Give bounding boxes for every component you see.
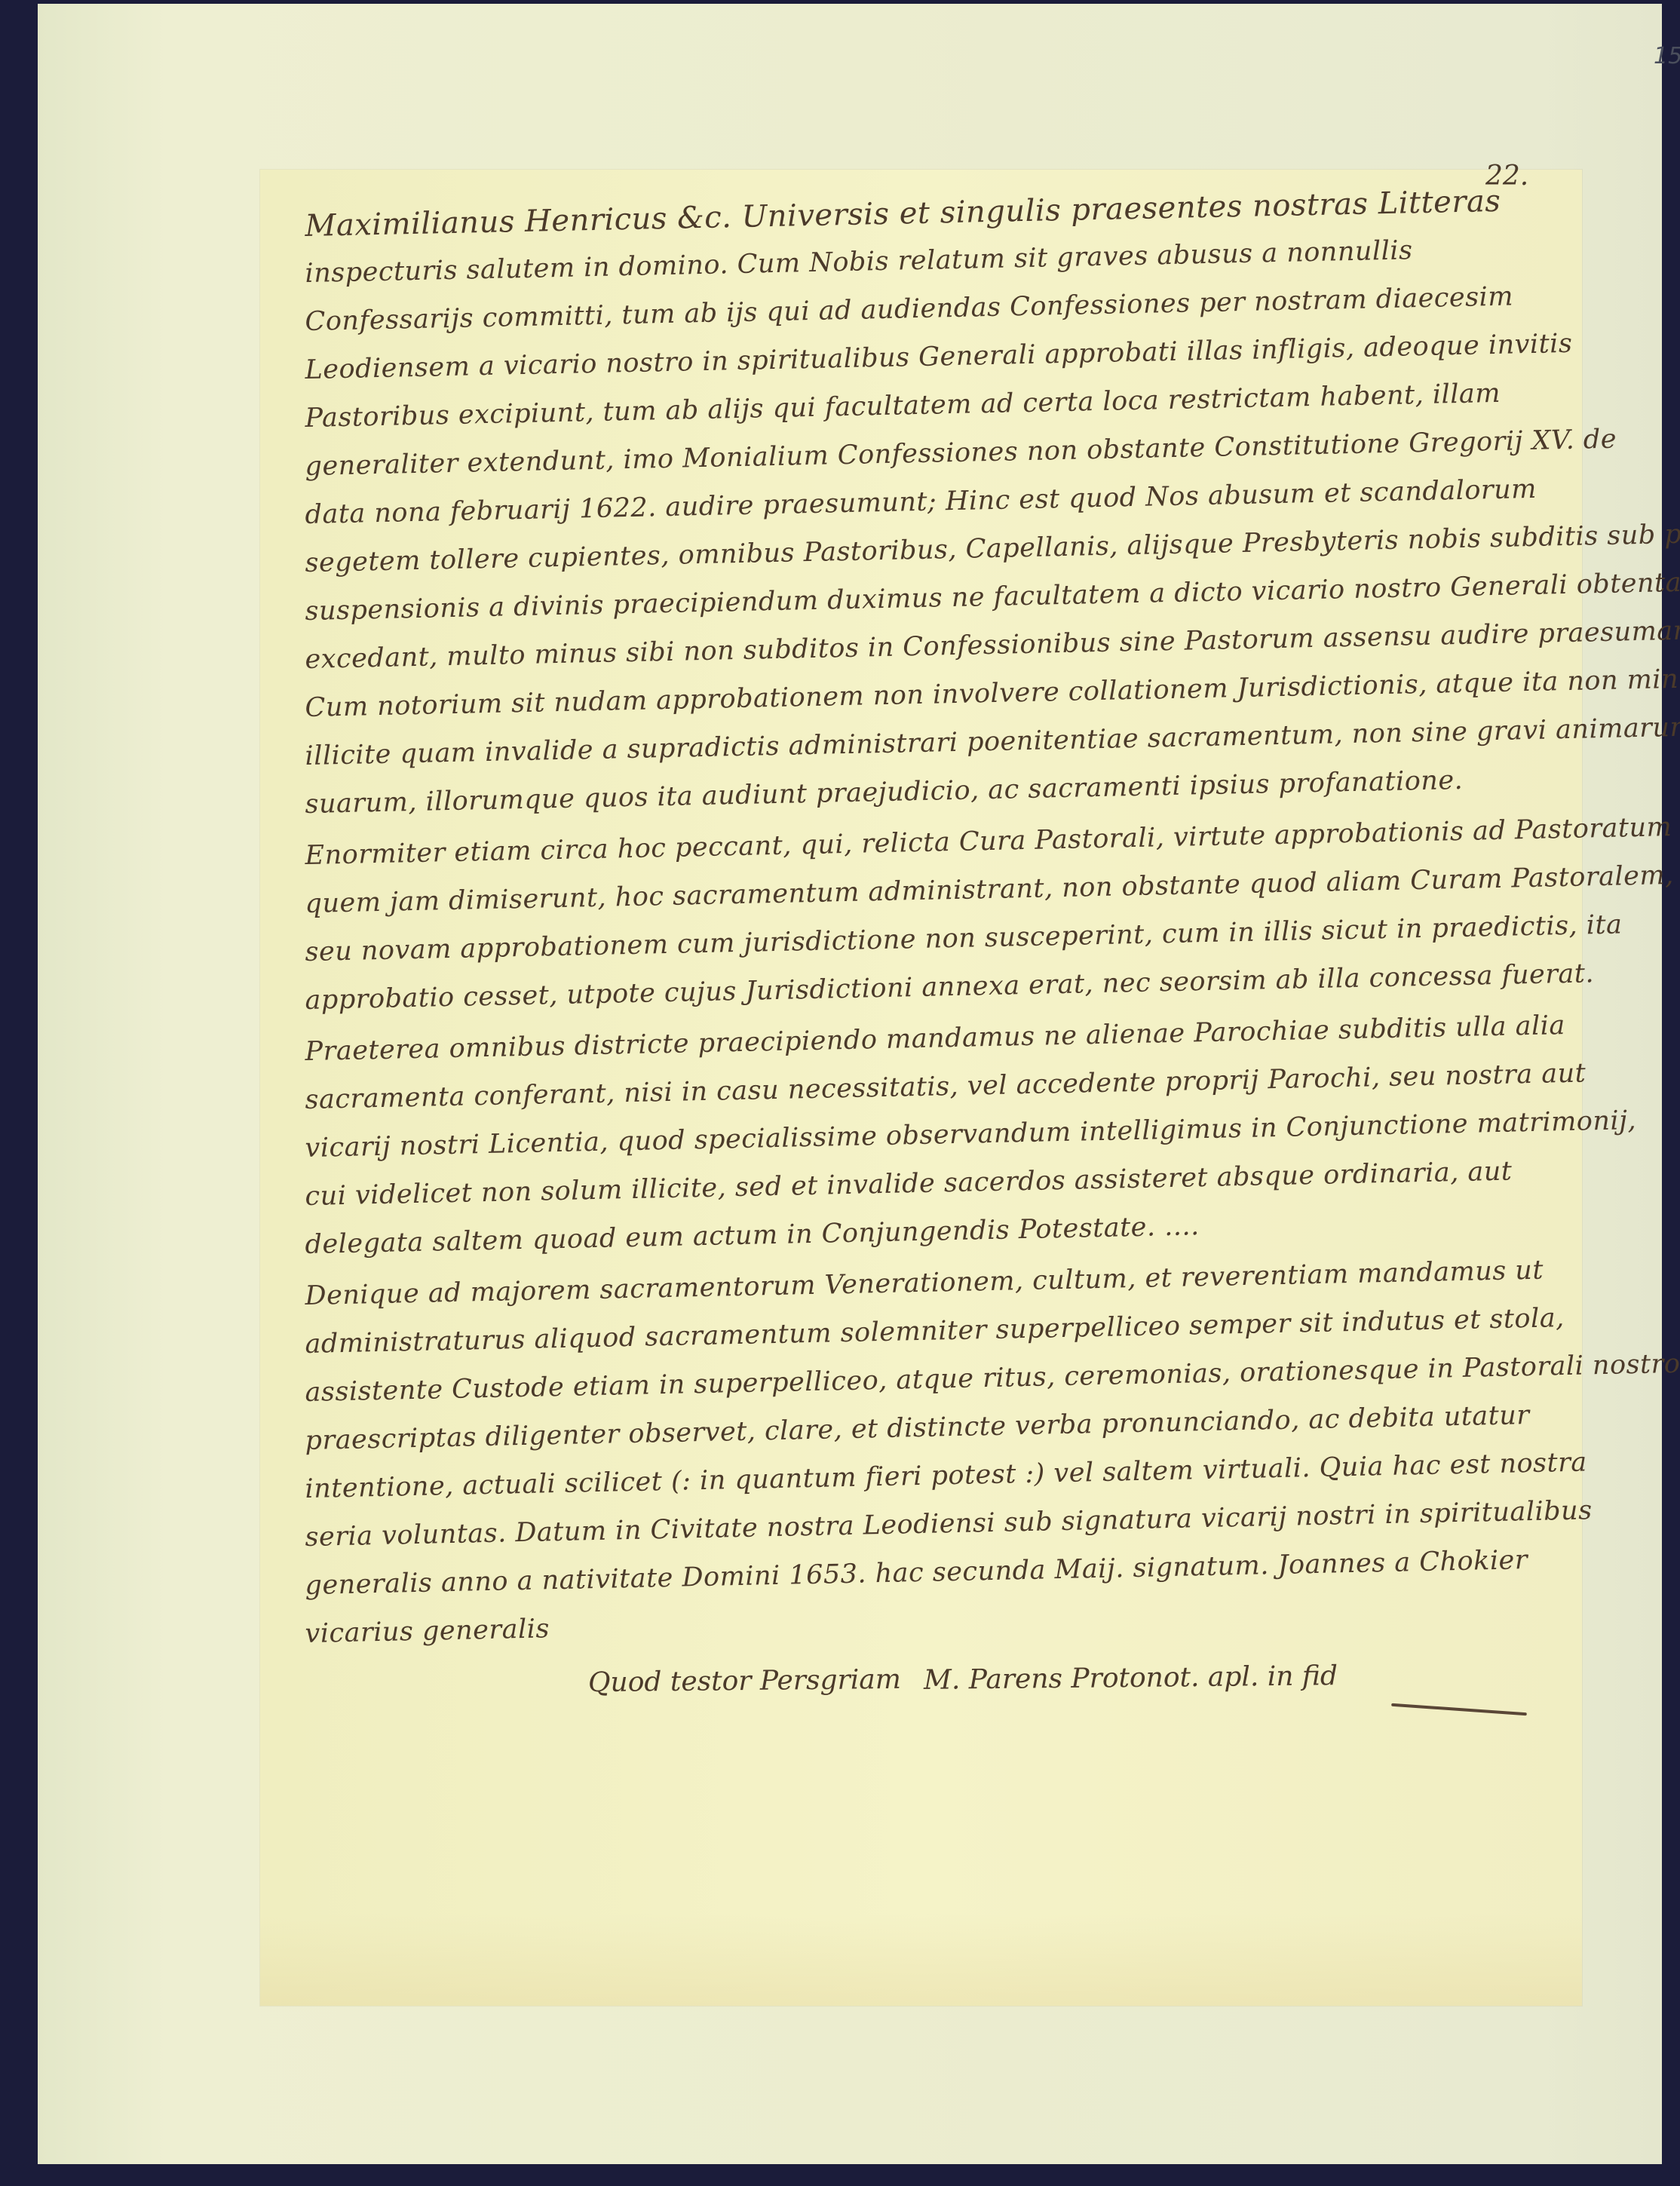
text-line: cui videlicet non solum illicite, sed et… [305, 1156, 1513, 1212]
text-line: seu novam approbationem cum jurisdiction… [305, 909, 1623, 967]
text-line: Pastoribus excipiunt, tum ab alijs qui f… [305, 379, 1501, 434]
text-line: quem jam dimiserunt, hoc sacramentum adm… [305, 860, 1674, 919]
text-line: delegata saltem quoad eum actum in Conju… [305, 1211, 1200, 1260]
text-line: Praeterea omnibus districte praecipiendo… [305, 1010, 1565, 1067]
attestation-left: Quod testor Persgriam [588, 1664, 901, 1698]
text-line: suspensionis a divinis praecipiendum dux… [305, 567, 1680, 627]
text-line: segetem tollere cupientes, omnibus Pasto… [305, 518, 1680, 578]
attestation-right: M. Parens Protonot. apl. in fid [924, 1660, 1338, 1696]
text-line: praescriptas diligenter observet, clare,… [305, 1400, 1530, 1456]
text-line: administraturus aliquod sacramentum sole… [305, 1303, 1565, 1360]
text-line: Leodiensem a vicario nostro in spiritual… [305, 329, 1573, 385]
manuscript-sheet: 22. Maximilianus Henricus &c. Universis … [260, 170, 1582, 2006]
text-line: sacramenta conferant, nisi in casu neces… [305, 1058, 1586, 1115]
outer-mount-page: 15 22. Maximilianus Henricus &c. Univers… [38, 4, 1662, 2164]
text-line: vicarius generalis [305, 1614, 550, 1649]
text-line: Cum notorium sit nudam approbationem non… [305, 664, 1680, 723]
text-line: Denique ad majorem sacramentorum Venerat… [305, 1255, 1544, 1311]
text-line: assistente Custode etiam in superpellice… [305, 1349, 1680, 1408]
text-line: seria voluntas. Datum in Civitate nostra… [305, 1495, 1593, 1553]
text-line: intentione, actuali scilicet (: in quant… [305, 1447, 1587, 1504]
text-line: generaliter extendunt, imo Monialium Con… [305, 425, 1617, 482]
text-line: approbatio cesset, utpote cujus Jurisdic… [305, 958, 1594, 1016]
text-line: suarum, illorumque quos ita audiunt prae… [305, 765, 1463, 820]
text-line: Enormiter etiam circa hoc peccant, qui, … [305, 812, 1672, 871]
text-line: inspecturis salutem in domino. Cum Nobis… [305, 235, 1413, 289]
text-line: vicarij nostri Licentia, quod specialiss… [305, 1105, 1636, 1164]
signature-flourish [1391, 1703, 1527, 1716]
text-line: data nona februarij 1622. audire praesum… [305, 474, 1537, 530]
text-line: generalis anno a nativitate Domini 1653.… [305, 1545, 1528, 1601]
text-line: Confessarijs committi, tum ab ijs qui ad… [305, 281, 1513, 337]
archive-page-number: 15 [1654, 43, 1680, 69]
text-line: Maximilianus Henricus &c. Universis et s… [305, 184, 1501, 244]
text-line: excedant, multo minus sibi non subditos … [305, 615, 1680, 675]
text-line: illicite quam invalide a supradictis adm… [305, 712, 1680, 771]
